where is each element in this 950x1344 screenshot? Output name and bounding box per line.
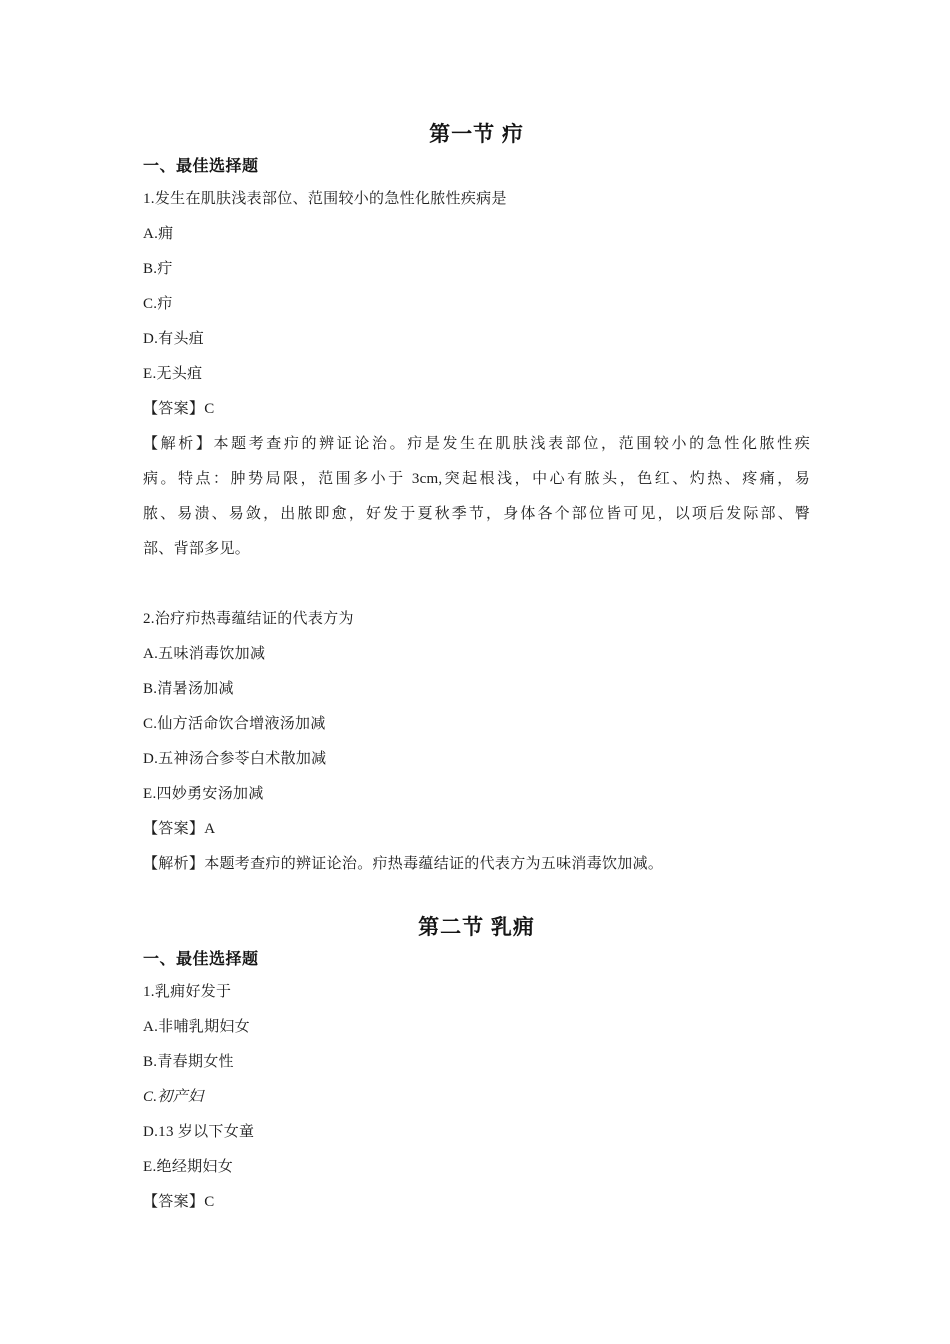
question-block: 2.治疗疖热毒蕴结证的代表方为 A.五味消毒饮加减 B.清暑汤加减 C.仙方活命… <box>143 602 810 882</box>
answer-value: C <box>204 1194 214 1210</box>
answer-label: 【答案】 <box>143 1194 204 1210</box>
blank-line <box>143 567 810 602</box>
question-stem: 1.发生在肌肤浅表部位、范围较小的急性化脓性疾病是 <box>143 182 810 217</box>
analysis-line: 脓、易溃、易敛，出脓即愈，好发于夏秋季节，身体各个部位皆可见，以项后发际部、臀 <box>143 497 810 532</box>
option-e: E.无头疽 <box>143 357 810 392</box>
section-title: 第二节 乳痈 <box>143 911 810 945</box>
answer-label: 【答案】 <box>143 821 204 837</box>
option-b: B.清暑汤加减 <box>143 672 810 707</box>
question-block: 1.发生在肌肤浅表部位、范围较小的急性化脓性疾病是 A.痈 B.疔 C.疖 D.… <box>143 182 810 567</box>
analysis-line: 【解析】本题考查疖的辨证论治。疖热毒蕴结证的代表方为五味消毒饮加减。 <box>143 847 810 882</box>
option-b: B.疔 <box>143 252 810 287</box>
analysis-line: 【解析】本题考查疖的辨证论治。疖是发生在肌肤浅表部位，范围较小的急性化脓性疾 <box>143 427 810 462</box>
question-stem: 2.治疗疖热毒蕴结证的代表方为 <box>143 602 810 637</box>
option-e: E.绝经期妇女 <box>143 1150 810 1185</box>
option-c: C.初产妇 <box>143 1080 810 1115</box>
answer-label: 【答案】 <box>143 401 204 417</box>
option-e: E.四妙勇安汤加减 <box>143 777 810 812</box>
question-type-heading: 一、最佳选择题 <box>143 945 810 975</box>
question-type-heading: 一、最佳选择题 <box>143 152 810 182</box>
question-stem: 1.乳痈好发于 <box>143 975 810 1010</box>
question-block: 1.乳痈好发于 A.非哺乳期妇女 B.青春期女性 C.初产妇 D.13 岁以下女… <box>143 975 810 1220</box>
option-d: D.13 岁以下女童 <box>143 1115 810 1150</box>
option-a: A.痈 <box>143 217 810 252</box>
analysis-line: 部、背部多见。 <box>143 532 810 567</box>
option-c: C.疖 <box>143 287 810 322</box>
section-jie: 第一节 疖 一、最佳选择题 1.发生在肌肤浅表部位、范围较小的急性化脓性疾病是 … <box>143 118 810 882</box>
section-ruyong: 第二节 乳痈 一、最佳选择题 1.乳痈好发于 A.非哺乳期妇女 B.青春期女性 … <box>143 911 810 1220</box>
section-gap <box>143 882 810 911</box>
answer-line: 【答案】C <box>143 1185 810 1220</box>
answer-value: C <box>204 401 214 417</box>
option-a: A.非哺乳期妇女 <box>143 1010 810 1045</box>
answer-line: 【答案】A <box>143 812 810 847</box>
answer-line: 【答案】C <box>143 392 810 427</box>
option-d: D.有头疽 <box>143 322 810 357</box>
answer-value: A <box>204 821 215 837</box>
analysis-line: 病。特点：肿势局限，范围多小于 3cm,突起根浅，中心有脓头，色红、灼热、疼痛，… <box>143 462 810 497</box>
option-b: B.青春期女性 <box>143 1045 810 1080</box>
option-a: A.五味消毒饮加减 <box>143 637 810 672</box>
option-d: D.五神汤合参苓白术散加减 <box>143 742 810 777</box>
option-c: C.仙方活命饮合增液汤加减 <box>143 707 810 742</box>
exam-document-page: 第一节 疖 一、最佳选择题 1.发生在肌肤浅表部位、范围较小的急性化脓性疾病是 … <box>0 0 950 1344</box>
section-title: 第一节 疖 <box>143 118 810 152</box>
